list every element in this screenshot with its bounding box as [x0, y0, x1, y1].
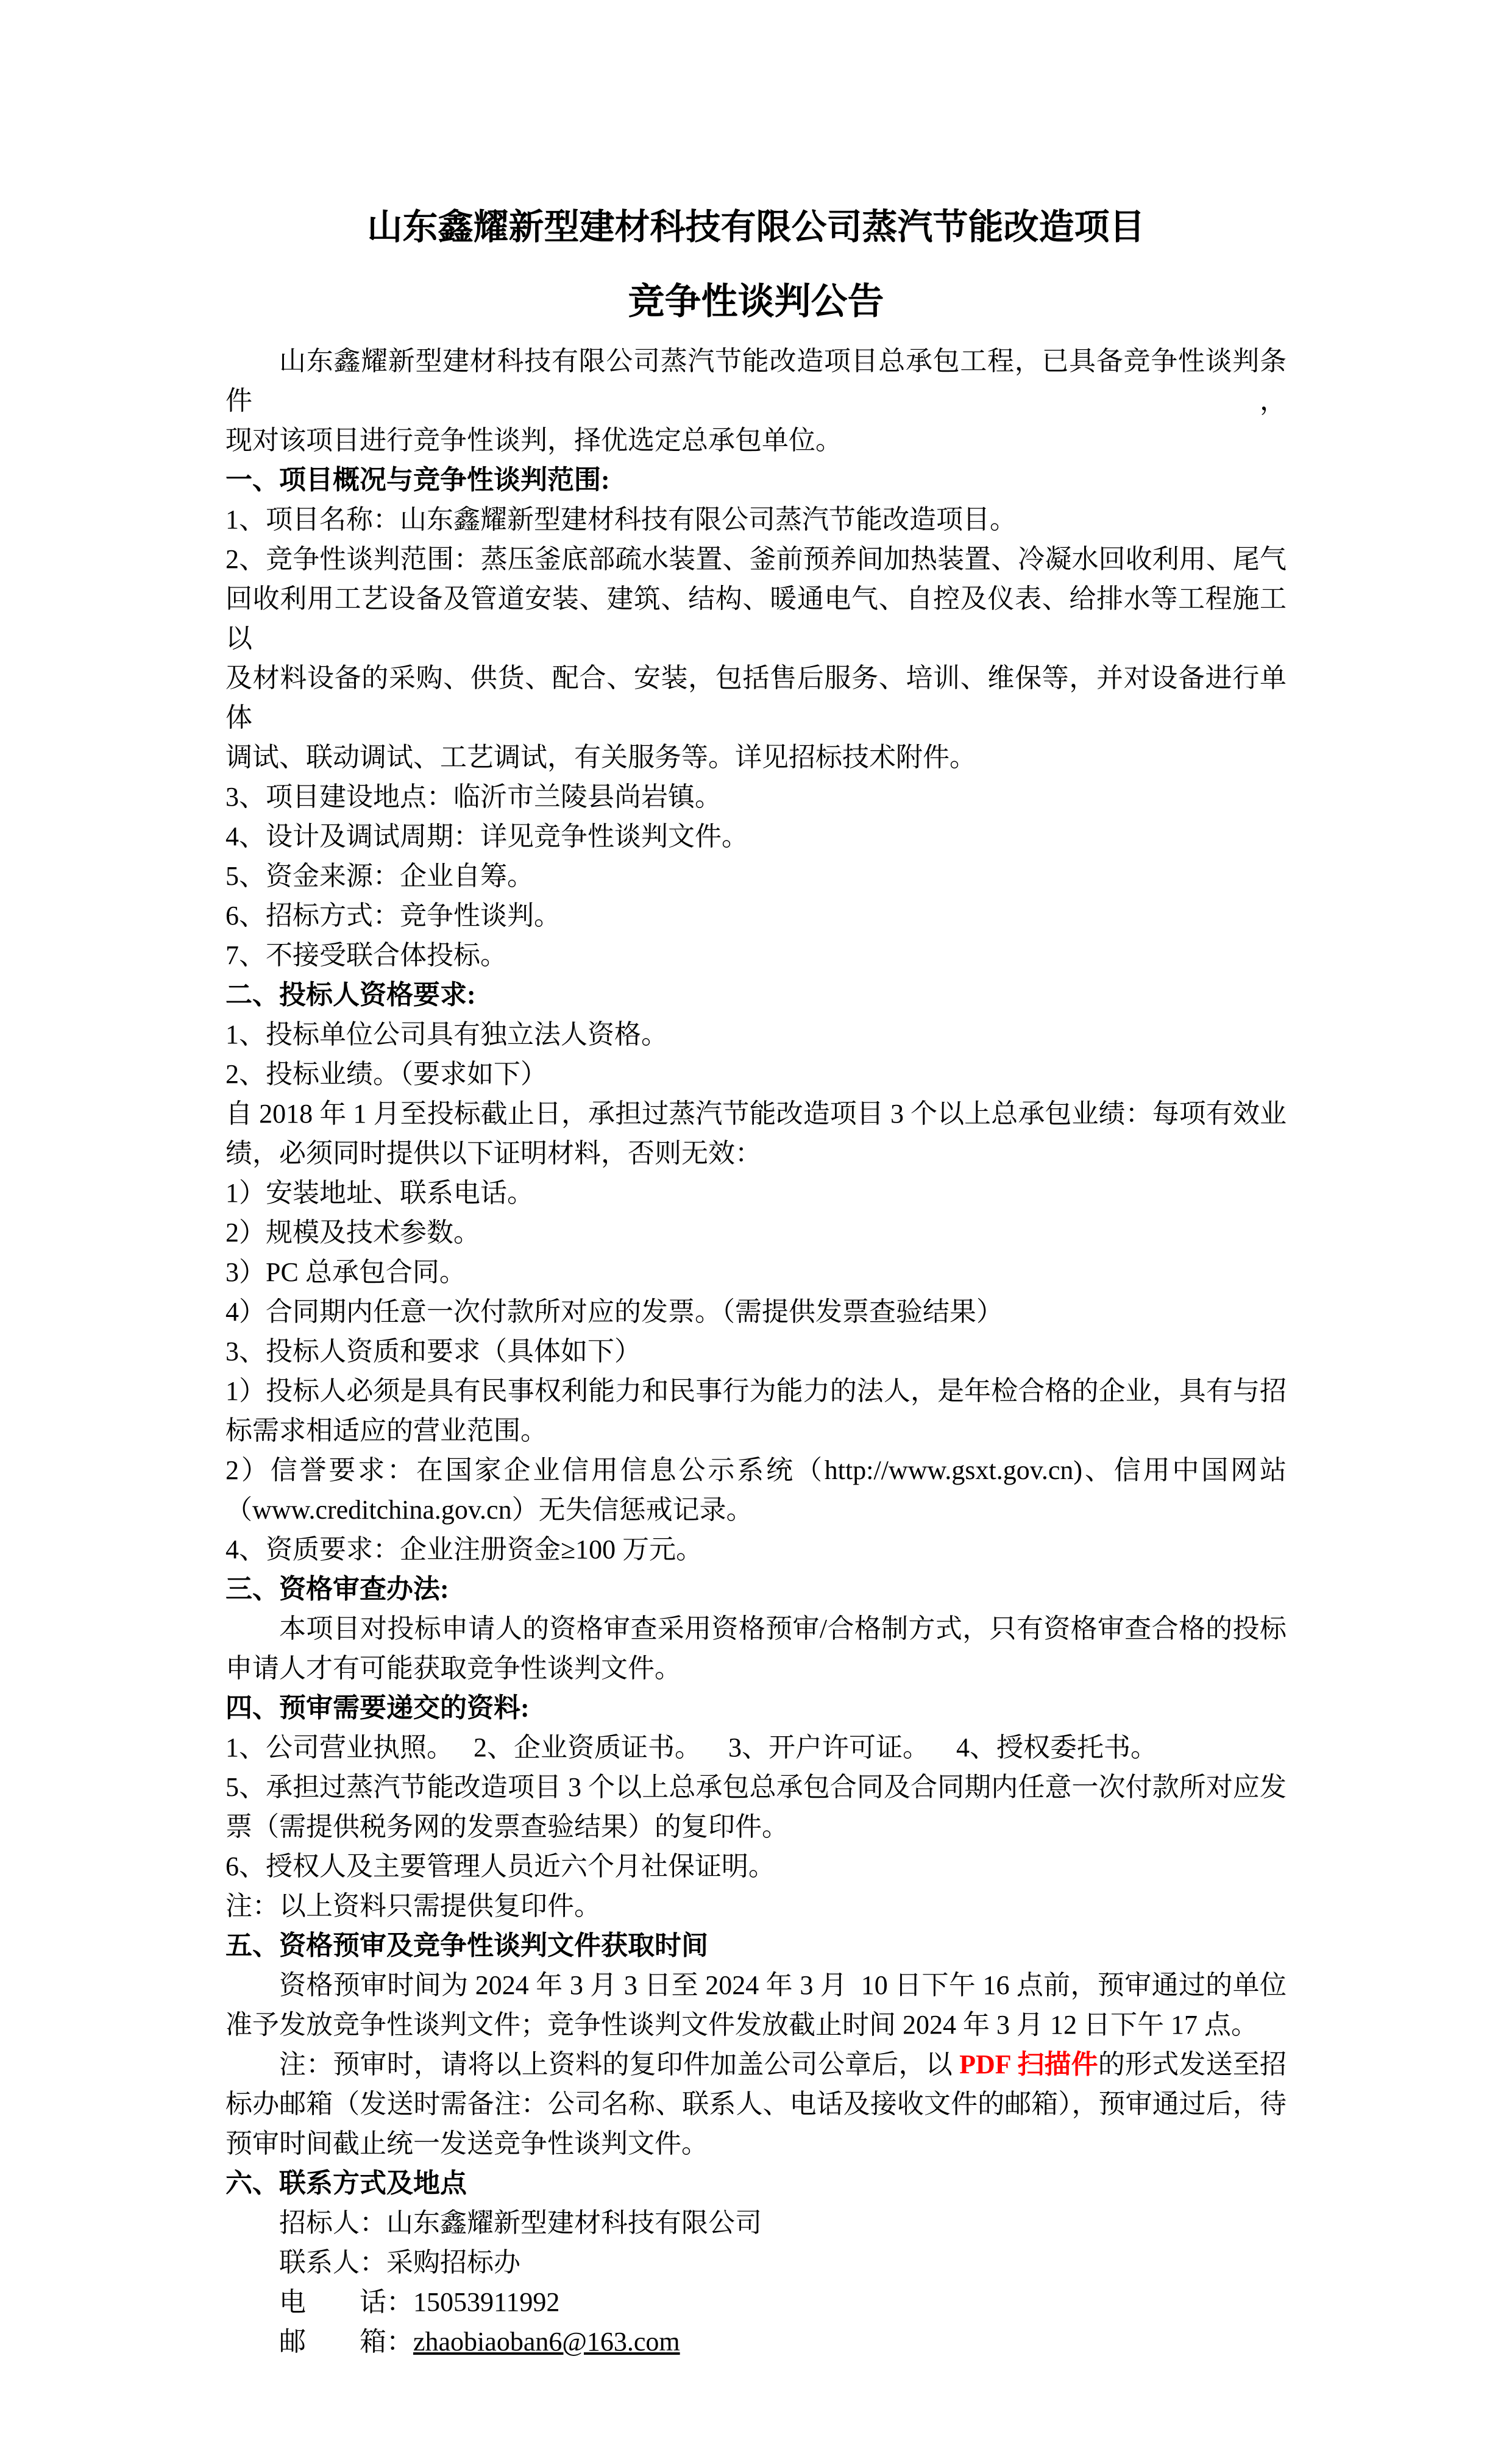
text-line: 4、资质要求：企业注册资金≥100 万元。 [225, 1530, 1287, 1569]
text-line: 绩，必须同时提供以下证明材料，否则无效： [225, 1134, 1287, 1173]
text-line: 5、承担过蒸汽节能改造项目 3 个以上总承包总承包合同及合同期内任意一次付款所对… [225, 1767, 1287, 1807]
text-line: 3、项目建设地点：临沂市兰陵县尚岩镇。 [225, 777, 1287, 817]
text-line: 1）安装地址、联系电话。 [225, 1173, 1287, 1213]
text-line: 6、授权人及主要管理人员近六个月社保证明。 [225, 1847, 1287, 1886]
text-line: 电 话：15053911992 [225, 2282, 1287, 2322]
text-line: 现对该项目进行竞争性谈判，择优选定总承包单位。 [225, 420, 1287, 460]
text-line: 联系人：采购招标办 [225, 2243, 1287, 2282]
text-line: 标需求相适应的营业范围。 [225, 1411, 1287, 1450]
text-line: 4、设计及调试周期：详见竞争性谈判文件。 [225, 817, 1287, 856]
text-segment: 电 话： [279, 2287, 413, 2317]
text-line: 6、招标方式：竞争性谈判。 [225, 896, 1287, 935]
section-heading: 四、预审需要递交的资料: [225, 1688, 1287, 1728]
text-line: 自 2018 年 1 月至投标截止日，承担过蒸汽节能改造项目 3 个以上总承包业… [225, 1094, 1287, 1134]
document-body: 山东鑫耀新型建材科技有限公司蒸汽节能改造项目总承包工程，已具备竞争性谈判条件，现… [225, 341, 1287, 2361]
document-title: 山东鑫耀新型建材科技有限公司蒸汽节能改造项目 [225, 201, 1287, 254]
text-line: 票（需提供税务网的发票查验结果）的复印件。 [225, 1807, 1287, 1847]
text-line: 1、项目名称：山东鑫耀新型建材科技有限公司蒸汽节能改造项目。 [225, 500, 1287, 539]
text-line: 调试、联动调试、工艺调试，有关服务等。详见招标技术附件。 [225, 737, 1287, 777]
section-heading: 二、投标人资格要求: [225, 975, 1287, 1015]
text-line: （www.creditchina.gov.cn）无失信惩戒记录。 [225, 1490, 1287, 1530]
text-line: 2、竞争性谈判范围：蒸压釜底部疏水装置、釜前预养间加热装置、冷凝水回收利用、尾气 [225, 539, 1287, 579]
phone-number: 15053911992 [413, 2287, 559, 2317]
text-line: 邮 箱：zhaobiaoban6@163.com [225, 2322, 1287, 2361]
text-line: 山东鑫耀新型建材科技有限公司蒸汽节能改造项目总承包工程，已具备竞争性谈判条件， [225, 341, 1287, 420]
text-line: 4）合同期内任意一次付款所对应的发票。（需提供发票查验结果） [225, 1292, 1287, 1332]
section-heading: 一、项目概况与竞争性谈判范围: [225, 460, 1287, 500]
text-line: 7、不接受联合体投标。 [225, 935, 1287, 975]
email-link[interactable]: zhaobiaoban6@163.com [413, 2327, 680, 2357]
text-line: 1）投标人必须是具有民事权利能力和民事行为能力的法人，是年检合格的企业，具有与招 [225, 1371, 1287, 1411]
text-line: 2）规模及技术参数。 [225, 1213, 1287, 1252]
text-line: 申请人才有可能获取竞争性谈判文件。 [225, 1648, 1287, 1688]
document-page: 山东鑫耀新型建材科技有限公司蒸汽节能改造项目 竞争性谈判公告 山东鑫耀新型建材科… [0, 0, 1512, 2448]
text-line: 1、投标单位公司具有独立法人资格。 [225, 1015, 1287, 1054]
text-segment: 注：预审时，请将以上资料的复印件加盖公司公章后，以 [279, 2049, 959, 2079]
text-line: 3、投标人资质和要求（具体如下） [225, 1332, 1287, 1371]
text-segment: 的形式发送至招 [1098, 2049, 1287, 2079]
text-line: 准予发放竞争性谈判文件；竞争性谈判文件发放截止时间 2024 年 3 月 12 … [225, 2005, 1287, 2045]
section-heading: 五、资格预审及竞争性谈判文件获取时间 [225, 1926, 1287, 1965]
pdf-scan-highlight: PDF 扫描件 [959, 2049, 1098, 2079]
text-line: 资格预审时间为 2024 年 3 月 3 日至 2024 年 3 月 10 日下… [225, 1965, 1287, 2005]
section-heading: 六、联系方式及地点 [225, 2163, 1287, 2203]
text-line: 注：以上资料只需提供复印件。 [225, 1886, 1287, 1926]
text-line: 3）PC 总承包合同。 [225, 1252, 1287, 1292]
text-line: 本项目对投标申请人的资格审查采用资格预审/合格制方式，只有资格审查合格的投标 [225, 1609, 1287, 1648]
text-line: 注：预审时，请将以上资料的复印件加盖公司公章后，以 PDF 扫描件的形式发送至招 [225, 2045, 1287, 2084]
text-line: 2）信誉要求：在国家企业信用信息公示系统（http://www.gsxt.gov… [225, 1450, 1287, 1490]
text-line: 回收利用工艺设备及管道安装、建筑、结构、暖通电气、自控及仪表、给排水等工程施工以 [225, 579, 1287, 658]
text-line: 及材料设备的采购、供货、配合、安装，包括售后服务、培训、维保等，并对设备进行单体 [225, 658, 1287, 737]
text-line: 1、公司营业执照。 2、企业资质证书。 3、开户许可证。 4、授权委托书。 [225, 1728, 1287, 1767]
document-subtitle: 竞争性谈判公告 [225, 275, 1287, 328]
text-line: 预审时间截止统一发送竞争性谈判文件。 [225, 2124, 1287, 2163]
text-line: 2、投标业绩。（要求如下） [225, 1054, 1287, 1094]
text-line: 标办邮箱（发送时需备注：公司名称、联系人、电话及接收文件的邮箱），预审通过后，待 [225, 2084, 1287, 2124]
text-line: 招标人：山东鑫耀新型建材科技有限公司 [225, 2203, 1287, 2243]
text-segment: 邮 箱： [279, 2327, 413, 2357]
text-line: 5、资金来源：企业自筹。 [225, 856, 1287, 896]
section-heading: 三、资格审查办法: [225, 1569, 1287, 1609]
